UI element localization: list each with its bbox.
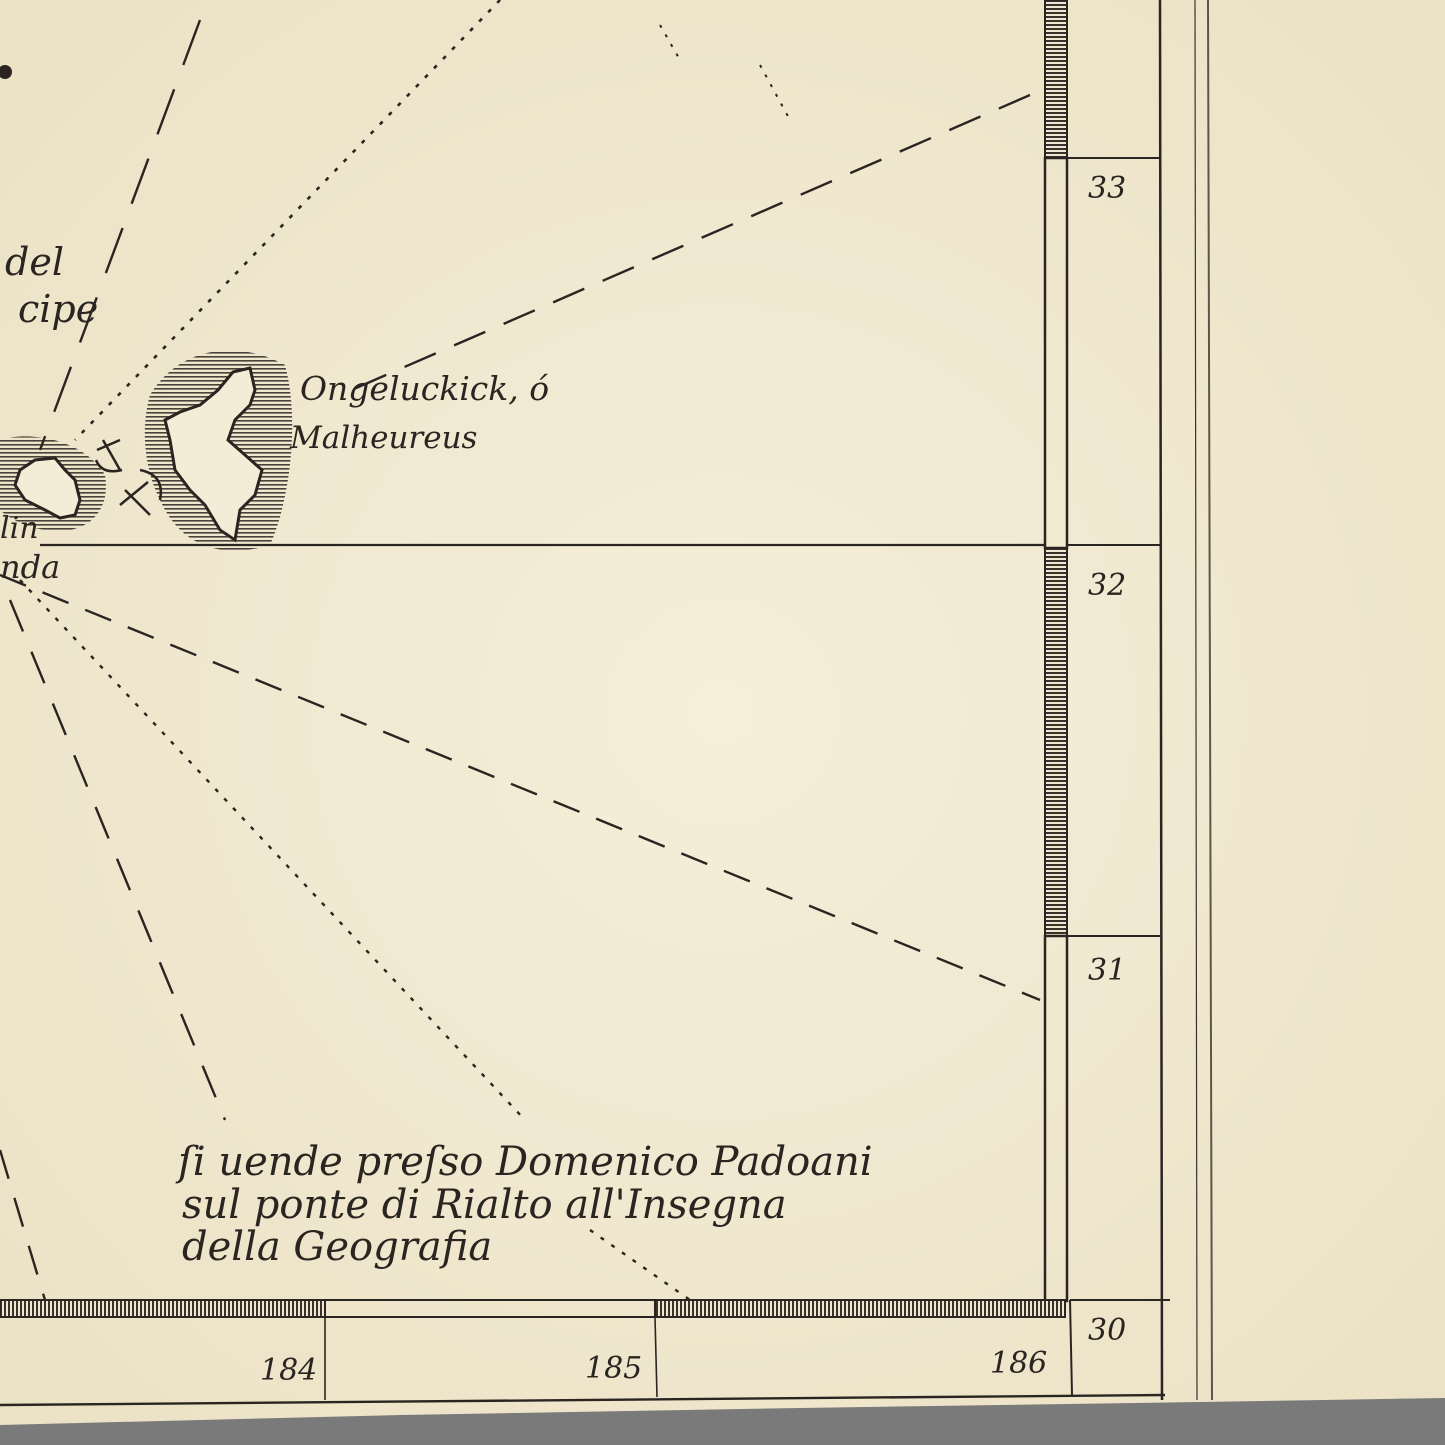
label-nda: nda [0, 548, 60, 586]
imprint-line-2: sul ponte di Rialto all'Insegna [182, 1182, 787, 1228]
antique-map: del cipe Ongeluckick, ó Malheureus lin n… [0, 0, 1445, 1445]
label-cipe: cipe [18, 287, 98, 331]
label-ongeluckick: Ongeluckick, ó [300, 369, 549, 408]
longitude-185: 185 [585, 1351, 642, 1386]
latitude-30: 30 [1088, 1313, 1126, 1348]
imprint-line-3: della Geografia [182, 1224, 492, 1270]
longitude-186: 186 [990, 1346, 1047, 1381]
latitude-31: 31 [1088, 953, 1126, 988]
label-lin: lin [0, 511, 39, 546]
longitude-184: 184 [260, 1353, 317, 1388]
imprint-line-1: ſi uende preſso Domenico Padoani [175, 1139, 873, 1185]
latitude-32: 32 [1088, 568, 1126, 603]
latitude-33: 33 [1088, 171, 1126, 206]
label-malheureus: Malheureus [289, 420, 477, 456]
label-del: del [5, 240, 64, 284]
